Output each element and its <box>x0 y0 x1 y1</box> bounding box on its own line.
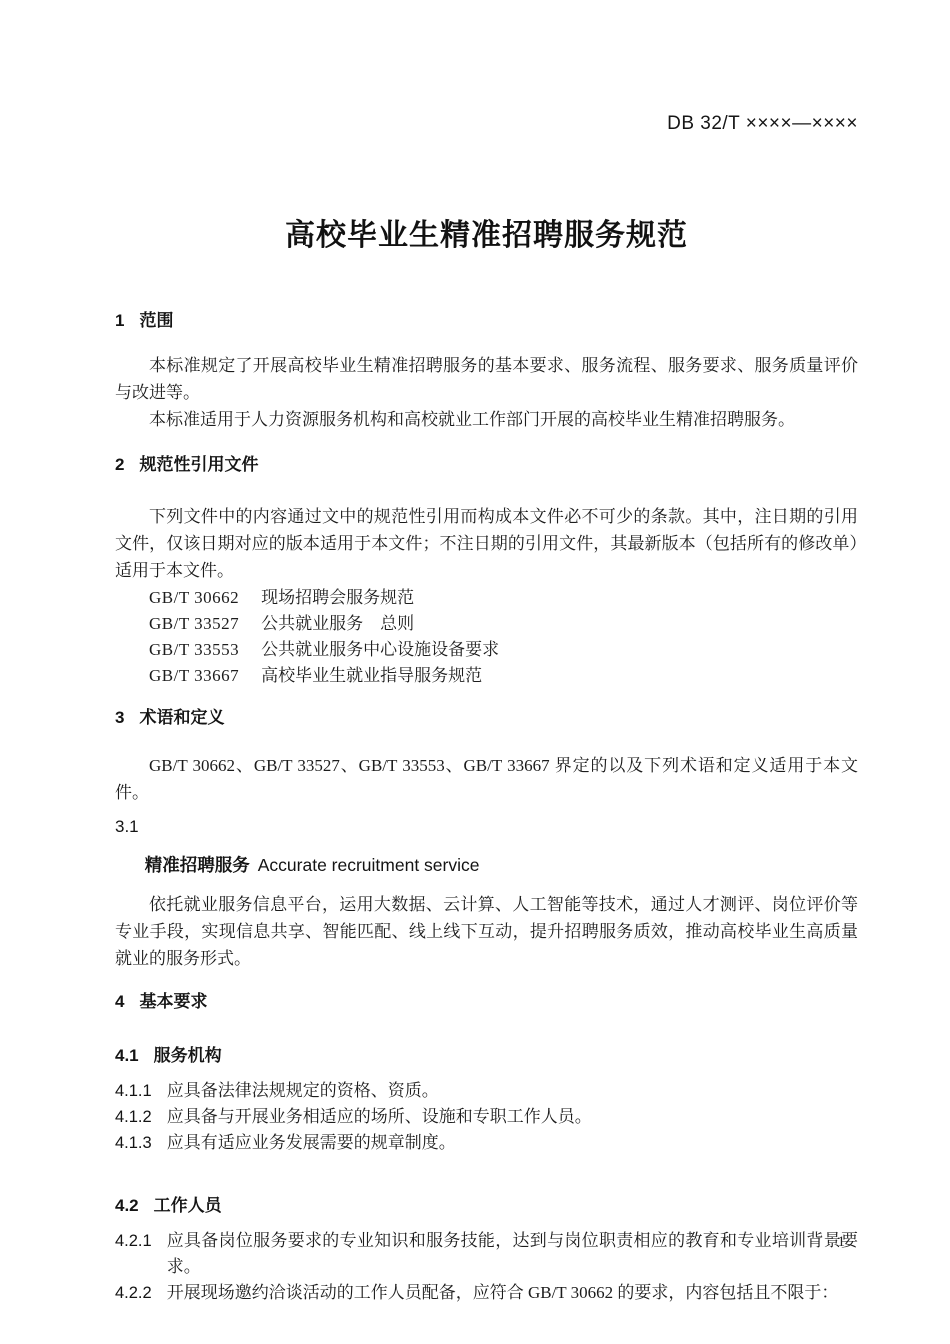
document-page: DB 32/T ××××—×××× 高校毕业生精准招聘服务规范 1 范围 本标准… <box>0 0 950 1344</box>
section-3-title: 术语和定义 <box>139 705 224 731</box>
reference-item: GB/T 33553 公共就业服务中心设施设备要求 <box>115 637 858 663</box>
section-4-1-number: 4.1 <box>115 1043 139 1069</box>
section-3-paragraph-1: GB/T 30662、GB/T 33527、GB/T 33553、GB/T 33… <box>115 752 858 806</box>
clause-number: 4.1.2 <box>115 1104 152 1130</box>
section-4-2-heading: 4.2 工作人员 <box>115 1193 858 1219</box>
clause-row: 4.1.3 应具有适应业务发展需要的规章制度。 <box>115 1130 858 1156</box>
section-4-2-clauses: 4.2.1 应具备岗位服务要求的专业知识和服务技能，达到与岗位职责相应的教育和专… <box>115 1228 858 1306</box>
doc-title: 高校毕业生精准招聘服务规范 <box>115 216 858 256</box>
section-1-title: 范围 <box>139 308 173 334</box>
clause-text: 应具备与开展业务相适应的场所、设施和专职工作人员。 <box>167 1104 858 1130</box>
reference-code: GB/T 33527 <box>149 611 239 637</box>
section-2-paragraph-1: 下列文件中的内容通过文中的规范性引用而构成本文件必不可少的条款。其中，注日期的引… <box>115 503 858 584</box>
section-4-title: 基本要求 <box>139 989 207 1015</box>
section-1-paragraph-1: 本标准规定了开展高校毕业生精准招聘服务的基本要求、服务流程、服务要求、服务质量评… <box>115 352 858 406</box>
clause-text: 开展现场邀约洽谈活动的工作人员配备，应符合 GB/T 30662 的要求，内容包… <box>167 1280 858 1306</box>
section-1-paragraph-2: 本标准适用于人力资源服务机构和高校就业工作部门开展的高校毕业生精准招聘服务。 <box>115 406 858 433</box>
section-4-number: 4 <box>115 989 124 1015</box>
clause-row: 4.1.2 应具备与开展业务相适应的场所、设施和专职工作人员。 <box>115 1104 858 1130</box>
doc-code-header: DB 32/T ××××—×××× <box>115 112 858 136</box>
section-2-heading: 2 规范性引用文件 <box>115 452 858 478</box>
section-4-1-heading: 4.1 服务机构 <box>115 1043 858 1069</box>
reference-code: GB/T 33667 <box>149 663 239 689</box>
reference-title: 高校毕业生就业指导服务规范 <box>261 663 482 689</box>
section-4-2-number: 4.2 <box>115 1193 139 1219</box>
reference-code: GB/T 30662 <box>149 585 239 611</box>
section-4-1-clauses: 4.1.1 应具备法律法规规定的资格、资质。 4.1.2 应具备与开展业务相适应… <box>115 1078 858 1156</box>
section-3-heading: 3 术语和定义 <box>115 705 858 731</box>
term-3-1-definition: 依托就业服务信息平台，运用大数据、云计算、人工智能等技术，通过人才测评、岗位评价… <box>115 891 858 972</box>
clause-text: 应具备岗位服务要求的专业知识和服务技能，达到与岗位职责相应的教育和专业培训背景要… <box>167 1228 858 1280</box>
clause-row: 4.2.2 开展现场邀约洽谈活动的工作人员配备，应符合 GB/T 30662 的… <box>115 1280 858 1306</box>
section-4-1-title: 服务机构 <box>154 1043 222 1069</box>
page-number: 1 <box>838 1232 846 1252</box>
section-1-heading: 1 范围 <box>115 308 858 334</box>
normative-reference-list: GB/T 30662 现场招聘会服务规范 GB/T 33527 公共就业服务 总… <box>115 585 858 689</box>
section-1-number: 1 <box>115 308 124 334</box>
section-2-number: 2 <box>115 452 124 478</box>
section-4-2-title: 工作人员 <box>154 1193 222 1219</box>
reference-item: GB/T 33667 高校毕业生就业指导服务规范 <box>115 663 858 689</box>
clause-number: 4.2.2 <box>115 1280 152 1306</box>
reference-item: GB/T 33527 公共就业服务 总则 <box>115 611 858 637</box>
clause-row: 4.2.1 应具备岗位服务要求的专业知识和服务技能，达到与岗位职责相应的教育和专… <box>115 1228 858 1280</box>
reference-title: 公共就业服务中心设施设备要求 <box>261 637 499 663</box>
section-4-heading: 4 基本要求 <box>115 989 858 1015</box>
term-3-1-name: 精准招聘服务Accurate recruitment service <box>115 853 858 877</box>
reference-title: 公共就业服务 总则 <box>261 611 414 637</box>
reference-code: GB/T 33553 <box>149 637 239 663</box>
term-3-1-number: 3.1 <box>115 815 858 839</box>
term-name-zh: 精准招聘服务 <box>145 855 250 875</box>
clause-number: 4.2.1 <box>115 1228 152 1254</box>
section-3-number: 3 <box>115 705 124 731</box>
clause-text: 应具有适应业务发展需要的规章制度。 <box>167 1130 858 1156</box>
reference-item: GB/T 30662 现场招聘会服务规范 <box>115 585 858 611</box>
clause-number: 4.1.1 <box>115 1078 152 1104</box>
clause-text: 应具备法律法规规定的资格、资质。 <box>167 1078 858 1104</box>
reference-title: 现场招聘会服务规范 <box>261 585 414 611</box>
term-name-en: Accurate recruitment service <box>258 855 480 875</box>
section-2-title: 规范性引用文件 <box>139 452 258 478</box>
clause-number: 4.1.3 <box>115 1130 152 1156</box>
clause-row: 4.1.1 应具备法律法规规定的资格、资质。 <box>115 1078 858 1104</box>
